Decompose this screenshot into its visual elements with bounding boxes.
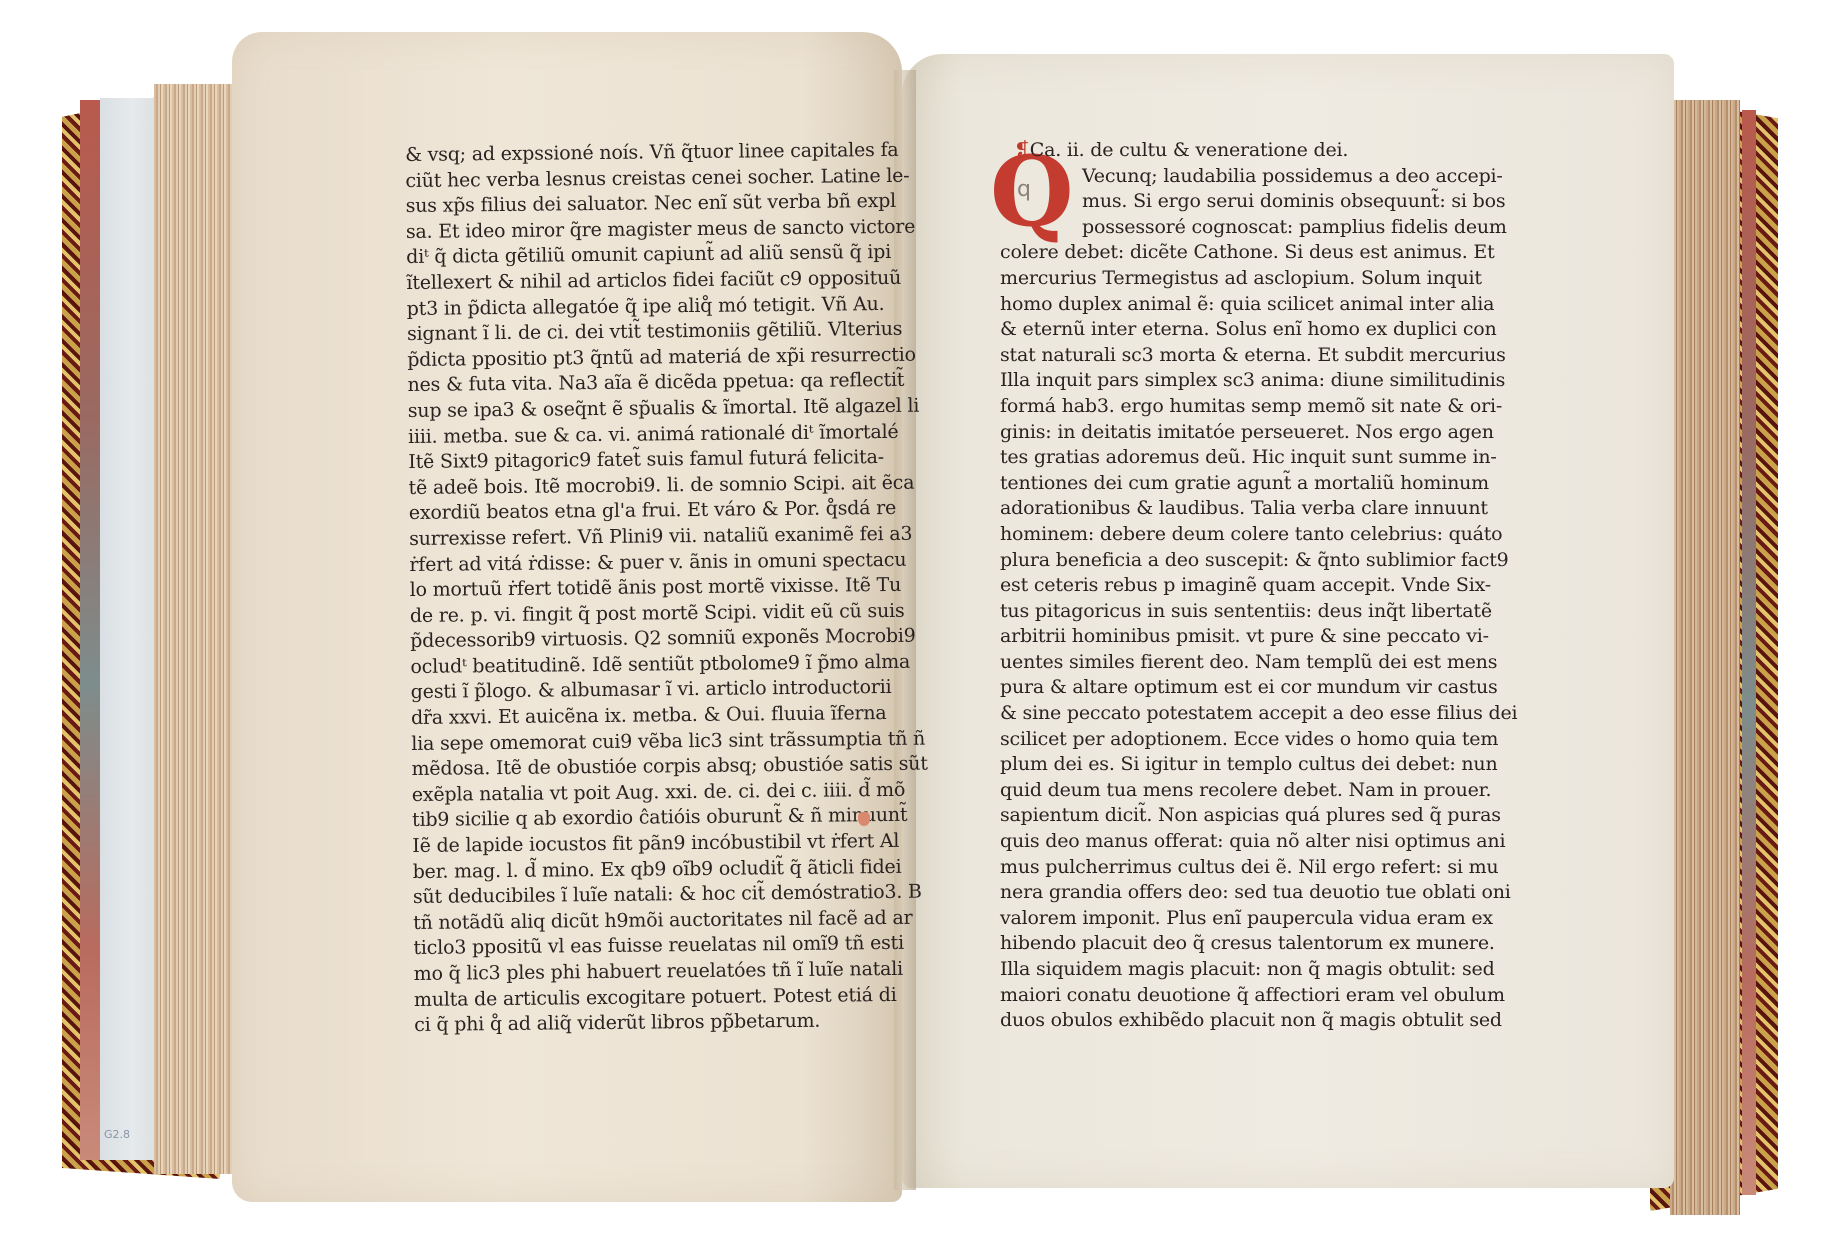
- text-line: mercurius Termegistus ad asclopium. Solu…: [1000, 266, 1460, 292]
- open-book: G2.8 & vsq; ad expssioné noís. Vñ q̃tuor…: [0, 0, 1836, 1260]
- left-page-edges: [154, 84, 234, 1174]
- text-line: ginis: in deitatis imitatóe perseueret. …: [1000, 420, 1460, 446]
- text-line: ci q̃ phi q̊ ad aliq̃ viderũt libros pp̃…: [414, 1008, 884, 1039]
- paragraph-mark: ❡: [1014, 139, 1030, 161]
- text-line: stat naturali sc3 morta & eterna. Et sub…: [1000, 343, 1460, 369]
- text-line: & eternũ inter eterna. Solus enĩ homo ex…: [1000, 317, 1460, 343]
- text-line: mus. Si ergo serui dominis obsequunt̃: s…: [1000, 189, 1460, 215]
- text-line: valorem imponit. Plus enĩ paupercula vid…: [1000, 906, 1460, 932]
- text-line: arbitrii hominibus pmisit. vt pure & sin…: [1000, 624, 1460, 650]
- right-page-edges: [1670, 100, 1740, 1215]
- pastedown-shelfmark: G2.8: [104, 1128, 130, 1141]
- text-line: plum dei es. Si igitur in templo cultus …: [1000, 752, 1460, 778]
- text-line: hibendo placuit deo q̃ cresus talentorum…: [1000, 931, 1460, 957]
- text-line: duos obulos exhibẽdo placuit non q̃ magi…: [1000, 1008, 1460, 1034]
- text-line: & sine peccato potestatem accepit a deo …: [1000, 701, 1460, 727]
- text-line: Illa inquit pars simplex sc3 anima: diun…: [1000, 368, 1460, 394]
- chapter-heading: ❡Ca. ii. de cultu & veneratione dei.: [1000, 138, 1460, 164]
- text-line: sapientum dicit̃. Non aspicias quá plure…: [1000, 803, 1460, 829]
- text-line: adorationibus & laudibus. Talia verba cl…: [1000, 496, 1460, 522]
- right-page-lines: Vecunq; laudabilia possidemus a deo acce…: [1000, 164, 1460, 1034]
- red-ink-spot: [858, 812, 870, 826]
- text-line: plura beneficia a deo suscepit: & q̃nto …: [1000, 548, 1460, 574]
- right-marbled-endpaper: [1742, 110, 1756, 1195]
- text-line: pura & altare optimum est ei cor mundum …: [1000, 675, 1460, 701]
- text-line: homo duplex animal ẽ: quia scilicet anim…: [1000, 292, 1460, 318]
- left-page-text: & vsq; ad expssioné noís. Vñ q̃tuor line…: [405, 138, 884, 1039]
- text-line: quis deo manus offerat: quia nõ alter ni…: [1000, 829, 1460, 855]
- text-line: Illa siquidem magis placuit: non q̃ magi…: [1000, 957, 1460, 983]
- text-line: Vecunq; laudabilia possidemus a deo acce…: [1000, 164, 1460, 190]
- text-line: tus pitagoricus in suis sententiis: deus…: [1000, 599, 1460, 625]
- text-line: est ceteris rebus p imaginẽ quam accepit…: [1000, 573, 1460, 599]
- text-line: nera grandia offers deo: sed tua deuotio…: [1000, 880, 1460, 906]
- text-line: tes gratias adoremus deũ. Hic inquit sun…: [1000, 445, 1460, 471]
- text-line: formá hab3. ergo humitas semp memõ sit n…: [1000, 394, 1460, 420]
- left-marbled-endpaper: [80, 100, 102, 1160]
- text-line: hominem: debere deum colere tanto celebr…: [1000, 522, 1460, 548]
- text-line: uentes similes fierent deo. Nam templũ d…: [1000, 650, 1460, 676]
- left-pastedown: [100, 98, 154, 1160]
- text-line: colere debet: dicẽte Cathone. Si deus es…: [1000, 240, 1460, 266]
- text-line: mus pulcherrimus cultus dei ẽ. Nil ergo …: [1000, 855, 1460, 881]
- text-line: possessoré cognoscat: pamplius fidelis d…: [1000, 215, 1460, 241]
- text-line: maiori conatu deuotione q̃ affectiori er…: [1000, 983, 1460, 1009]
- text-line: quid deum tua mens recolere debet. Nam i…: [1000, 778, 1460, 804]
- right-page-text: ❡Ca. ii. de cultu & veneratione dei. Vec…: [1000, 138, 1460, 1034]
- text-line: scilicet per adoptionem. Ecce vides o ho…: [1000, 727, 1460, 753]
- text-line: tentiones dei cum gratie agunt̃ a mortal…: [1000, 471, 1460, 497]
